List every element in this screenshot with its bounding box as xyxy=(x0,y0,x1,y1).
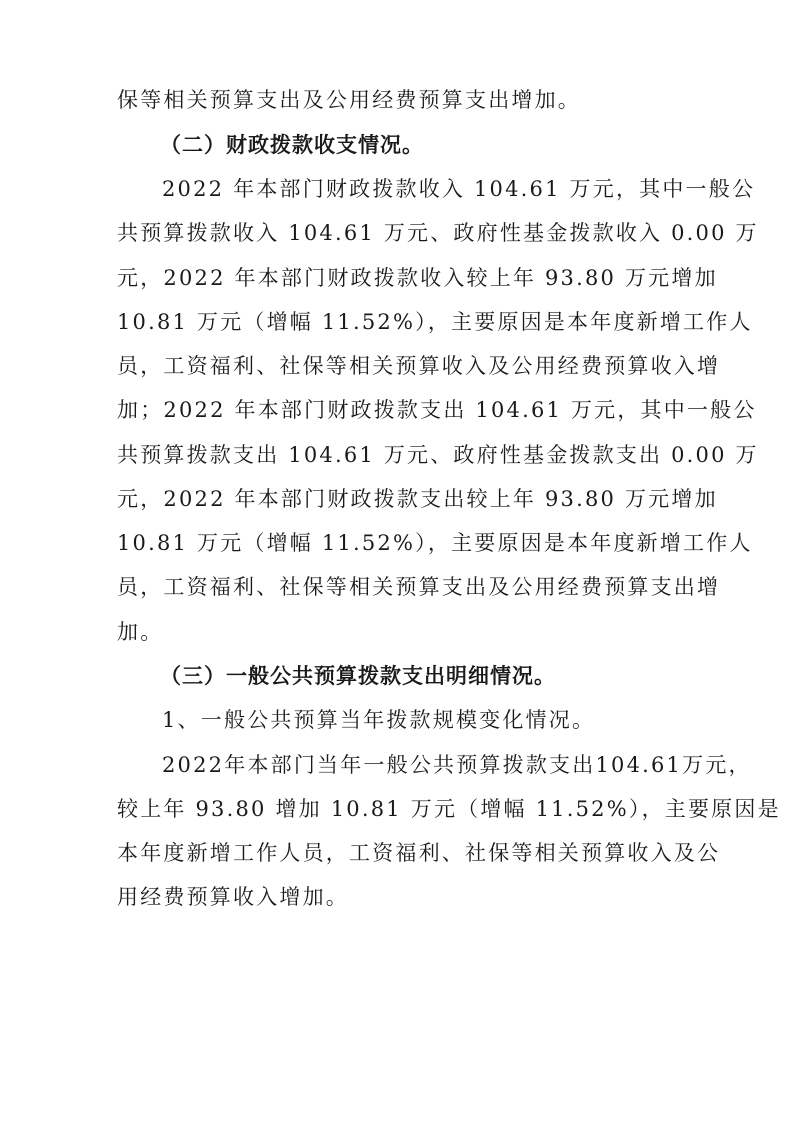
paragraph-line: 员，工资福利、社保等相关预算收入及公用经费预算收入增 xyxy=(117,346,687,386)
paragraph-line: 较上年 93.80 增加 10.81 万元（增幅 11.52%），主要原因是 xyxy=(117,789,687,829)
paragraph-line: 元，2022 年本部门财政拨款支出较上年 93.80 万元增加 xyxy=(117,479,687,519)
paragraph-line: 加；2022 年本部门财政拨款支出 104.61 万元，其中一般公 xyxy=(117,390,687,430)
paragraph-line: 10.81 万元（增幅 11.52%），主要原因是本年度新增工作人 xyxy=(117,302,687,342)
paragraph-continuation-line: 保等相关预算支出及公用经费预算支出增加。 xyxy=(117,80,687,120)
paragraph-line: 共预算拨款支出 104.61 万元、政府性基金拨款支出 0.00 万 xyxy=(117,435,687,475)
paragraph-line: 共预算拨款收入 104.61 万元、政府性基金拨款收入 0.00 万 xyxy=(117,213,687,253)
paragraph-line: 元，2022 年本部门财政拨款收入较上年 93.80 万元增加 xyxy=(117,258,687,298)
section-heading-general-budget-details: （三）一般公共预算拨款支出明细情况。 xyxy=(160,656,730,696)
subsection-heading: 1、一般公共预算当年拨款规模变化情况。 xyxy=(162,700,687,740)
paragraph-line: 用经费预算收入增加。 xyxy=(117,877,687,917)
paragraph-line: 2022 年本部门财政拨款收入 104.61 万元，其中一般公 xyxy=(162,169,687,209)
section-heading-fiscal-appropriation: （二）财政拨款收支情况。 xyxy=(160,125,730,165)
paragraph-line: 本年度新增工作人员，工资福利、社保等相关预算收入及公 xyxy=(117,833,687,873)
paragraph-line: 2022年本部门当年一般公共预算拨款支出104.61万元， xyxy=(162,745,687,785)
paragraph-line: 员，工资福利、社保等相关预算支出及公用经费预算支出增 xyxy=(117,567,687,607)
document-page: 保等相关预算支出及公用经费预算支出增加。 （二）财政拨款收支情况。 2022 年… xyxy=(0,0,793,1122)
paragraph-line: 10.81 万元（增幅 11.52%），主要原因是本年度新增工作人 xyxy=(117,523,687,563)
paragraph-line: 加。 xyxy=(117,612,687,652)
